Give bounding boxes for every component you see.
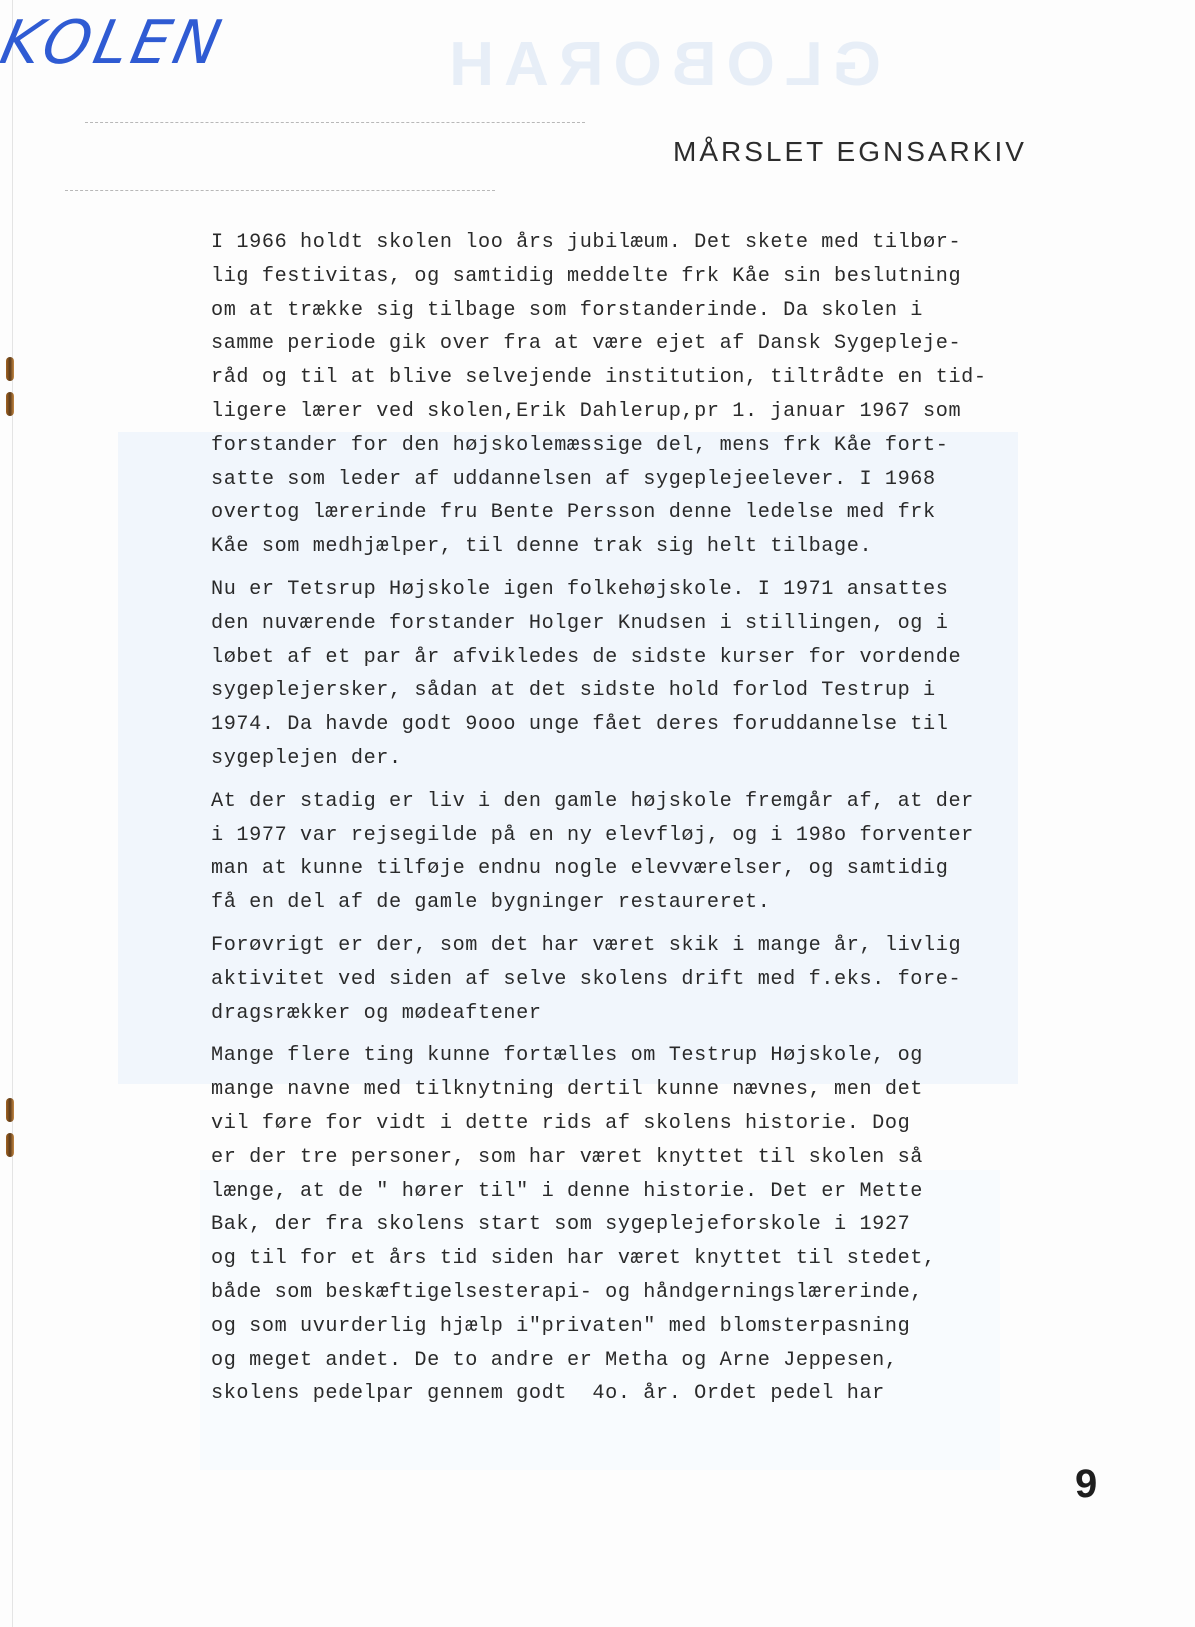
binder-edge [12,0,13,1627]
divider [85,122,585,123]
text-line: overtog lærerinde fru Bente Persson denn… [211,496,1041,530]
staple-icon [6,1098,14,1122]
text-line: råd og til at blive selvejende instituti… [211,361,1041,395]
text-line: samme periode gik over fra at være ejet … [211,327,1041,361]
text-line: mange navne med tilknytning dertil kunne… [211,1073,1041,1107]
staple-icon [6,1133,14,1157]
text-line: skolens pedelpar gennem godt 4o. år. Ord… [211,1377,1041,1411]
handwritten-note: KOLEN [0,8,231,78]
text-line: og til for et års tid siden har været kn… [211,1242,1041,1276]
text-line: satte som leder af uddannelsen af sygepl… [211,463,1041,497]
document-body: I 1966 holdt skolen loo års jubilæum. De… [211,226,1041,1420]
text-line: løbet af et par år afvikledes de sidste … [211,641,1041,675]
text-line: er der tre personer, som har været knytt… [211,1141,1041,1175]
text-line: Bak, der fra skolens start som sygepleje… [211,1208,1041,1242]
text-line: få en del af de gamle bygninger restaure… [211,886,1041,920]
text-line: og som uvurderlig hjælp i"privaten" med … [211,1310,1041,1344]
text-line: Forøvrigt er der, som det har været skik… [211,929,1041,963]
divider [65,190,495,191]
paragraph: Forøvrigt er der, som det har været skik… [211,929,1041,1030]
text-line: sygeplejen der. [211,742,1041,776]
text-line: i 1977 var rejsegilde på en ny elevfløj,… [211,819,1041,853]
text-line: lig festivitas, og samtidig meddelte frk… [211,260,1041,294]
text-line: Kåe som medhjælper, til denne trak sig h… [211,530,1041,564]
text-line: ligere lærer ved skolen,Erik Dahlerup,pr… [211,395,1041,429]
text-line: dragsrækker og mødeaftener [211,997,1041,1031]
text-line: man at kunne tilføje endnu nogle elevvær… [211,852,1041,886]
text-line: om at trække sig tilbage som forstanderi… [211,294,1041,328]
text-line: I 1966 holdt skolen loo års jubilæum. De… [211,226,1041,260]
staple-icon [6,392,14,416]
text-line: vil føre for vidt i dette rids af skolen… [211,1107,1041,1141]
archive-stamp: MÅRSLET EGNSARKIV [673,136,1027,168]
text-line: forstander for den højskolemæssige del, … [211,429,1041,463]
paragraph: Mange flere ting kunne fortælles om Test… [211,1039,1041,1411]
paragraph: Nu er Tetsrup Højskole igen folkehøjskol… [211,573,1041,776]
text-line: sygeplejersker, sådan at det sidste hold… [211,674,1041,708]
text-line: den nuværende forstander Holger Knudsen … [211,607,1041,641]
text-line: og meget andet. De to andre er Metha og … [211,1344,1041,1378]
staple-icon [6,357,14,381]
text-line: Nu er Tetsrup Højskole igen folkehøjskol… [211,573,1041,607]
page-number: 9 [1075,1462,1097,1507]
paragraph: I 1966 holdt skolen loo års jubilæum. De… [211,226,1041,564]
text-line: At der stadig er liv i den gamle højskol… [211,785,1041,819]
text-line: både som beskæftigelsesterapi- og håndge… [211,1276,1041,1310]
text-line: aktivitet ved siden af selve skolens dri… [211,963,1041,997]
text-line: længe, at de " hører til" i denne histor… [211,1175,1041,1209]
text-line: 1974. Da havde godt 9ooo unge fået deres… [211,708,1041,742]
paragraph: At der stadig er liv i den gamle højskol… [211,785,1041,920]
text-line: Mange flere ting kunne fortælles om Test… [211,1039,1041,1073]
